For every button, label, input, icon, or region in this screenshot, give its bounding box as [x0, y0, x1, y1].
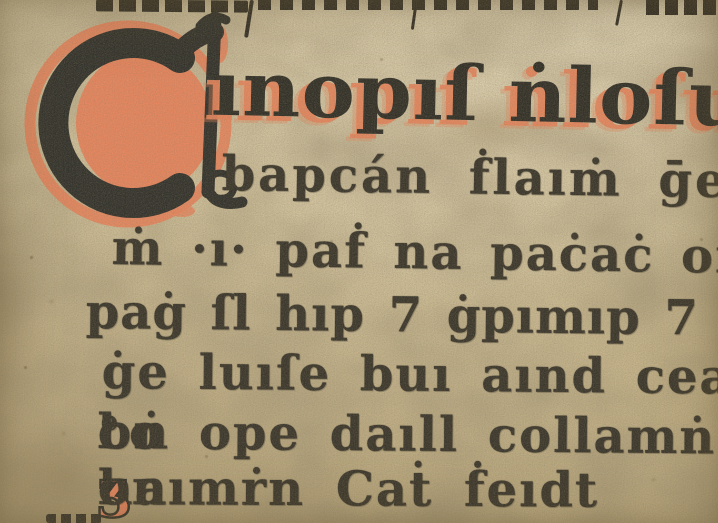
- descender-stroke: [615, 0, 623, 26]
- heading-line: ınopıſ ṅloſu: [210, 50, 718, 137]
- line-text: on: [98, 464, 169, 512]
- line-text: co: [98, 408, 164, 457]
- manuscript-text-line: ġe luıſe buı aınd ceaṁ: [102, 348, 718, 402]
- line-text: haımṙn Caṫ ḟeıdt: [98, 464, 600, 515]
- manuscript-photo: ınopıſ ṅloſu bapcán ḟlaıṁ ḡe ṁ ·ı· paḟ n…: [0, 0, 718, 523]
- cropped-text-remnant: [258, 0, 598, 10]
- manuscript-text-line: ṁ ·ı· paḟ na paċaċ oıp: [111, 224, 718, 281]
- manuscript-text-line: paġ ſl hıp 7 ġpımıp 7 lae: [85, 288, 718, 344]
- line-text: bṅ ope daıll collamṅ: [98, 408, 717, 461]
- cropped-text-remnant: [46, 514, 102, 523]
- dirt-specks: [0, 0, 3, 3]
- manuscript-text-line: bapcán ḟlaıṁ ḡe: [221, 150, 718, 205]
- cropped-text-remnant: [646, 0, 718, 15]
